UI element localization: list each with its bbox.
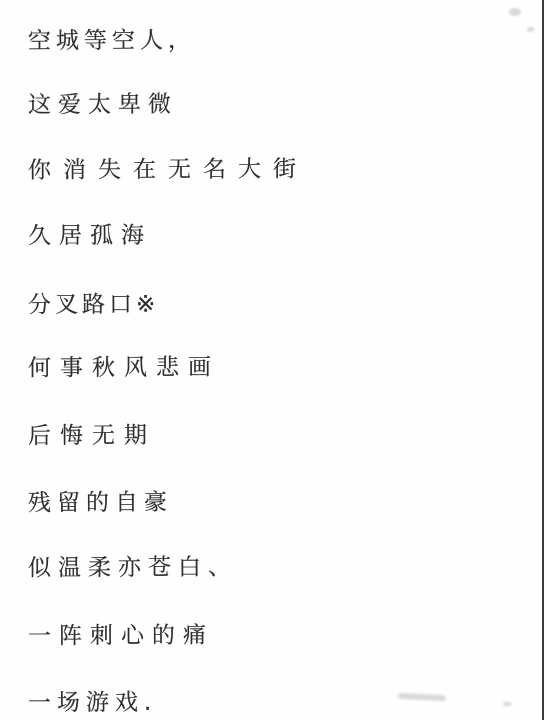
scan-smudge: [509, 8, 521, 16]
poem-line: 空城等空人，: [28, 26, 196, 57]
scan-smudge: [398, 693, 446, 702]
poem-line: 后悔无期: [28, 421, 156, 452]
poem-line: 分叉路口※: [28, 290, 159, 321]
poem-line: 何事秋风悲画: [28, 352, 220, 383]
poem-line: 残留的自豪: [28, 488, 173, 519]
poem-line: 一阵刺心的痛: [28, 621, 214, 652]
poem-line: 你消失在无名大街: [28, 154, 308, 185]
handwritten-page: 空城等空人， 这爱太卑微 你消失在无名大街 久居孤海 分叉路口※ 何事秋风悲画 …: [0, 0, 547, 720]
poem-line: 久居孤海: [28, 221, 152, 252]
scan-smudge: [527, 27, 534, 32]
scan-edge-line: [542, 0, 544, 720]
poem-line: 一场游戏.: [28, 688, 157, 719]
poem-line: 这爱太卑微: [28, 90, 178, 121]
poem-line: 似温柔亦苍白、: [28, 552, 238, 583]
scan-smudge: [503, 702, 512, 706]
